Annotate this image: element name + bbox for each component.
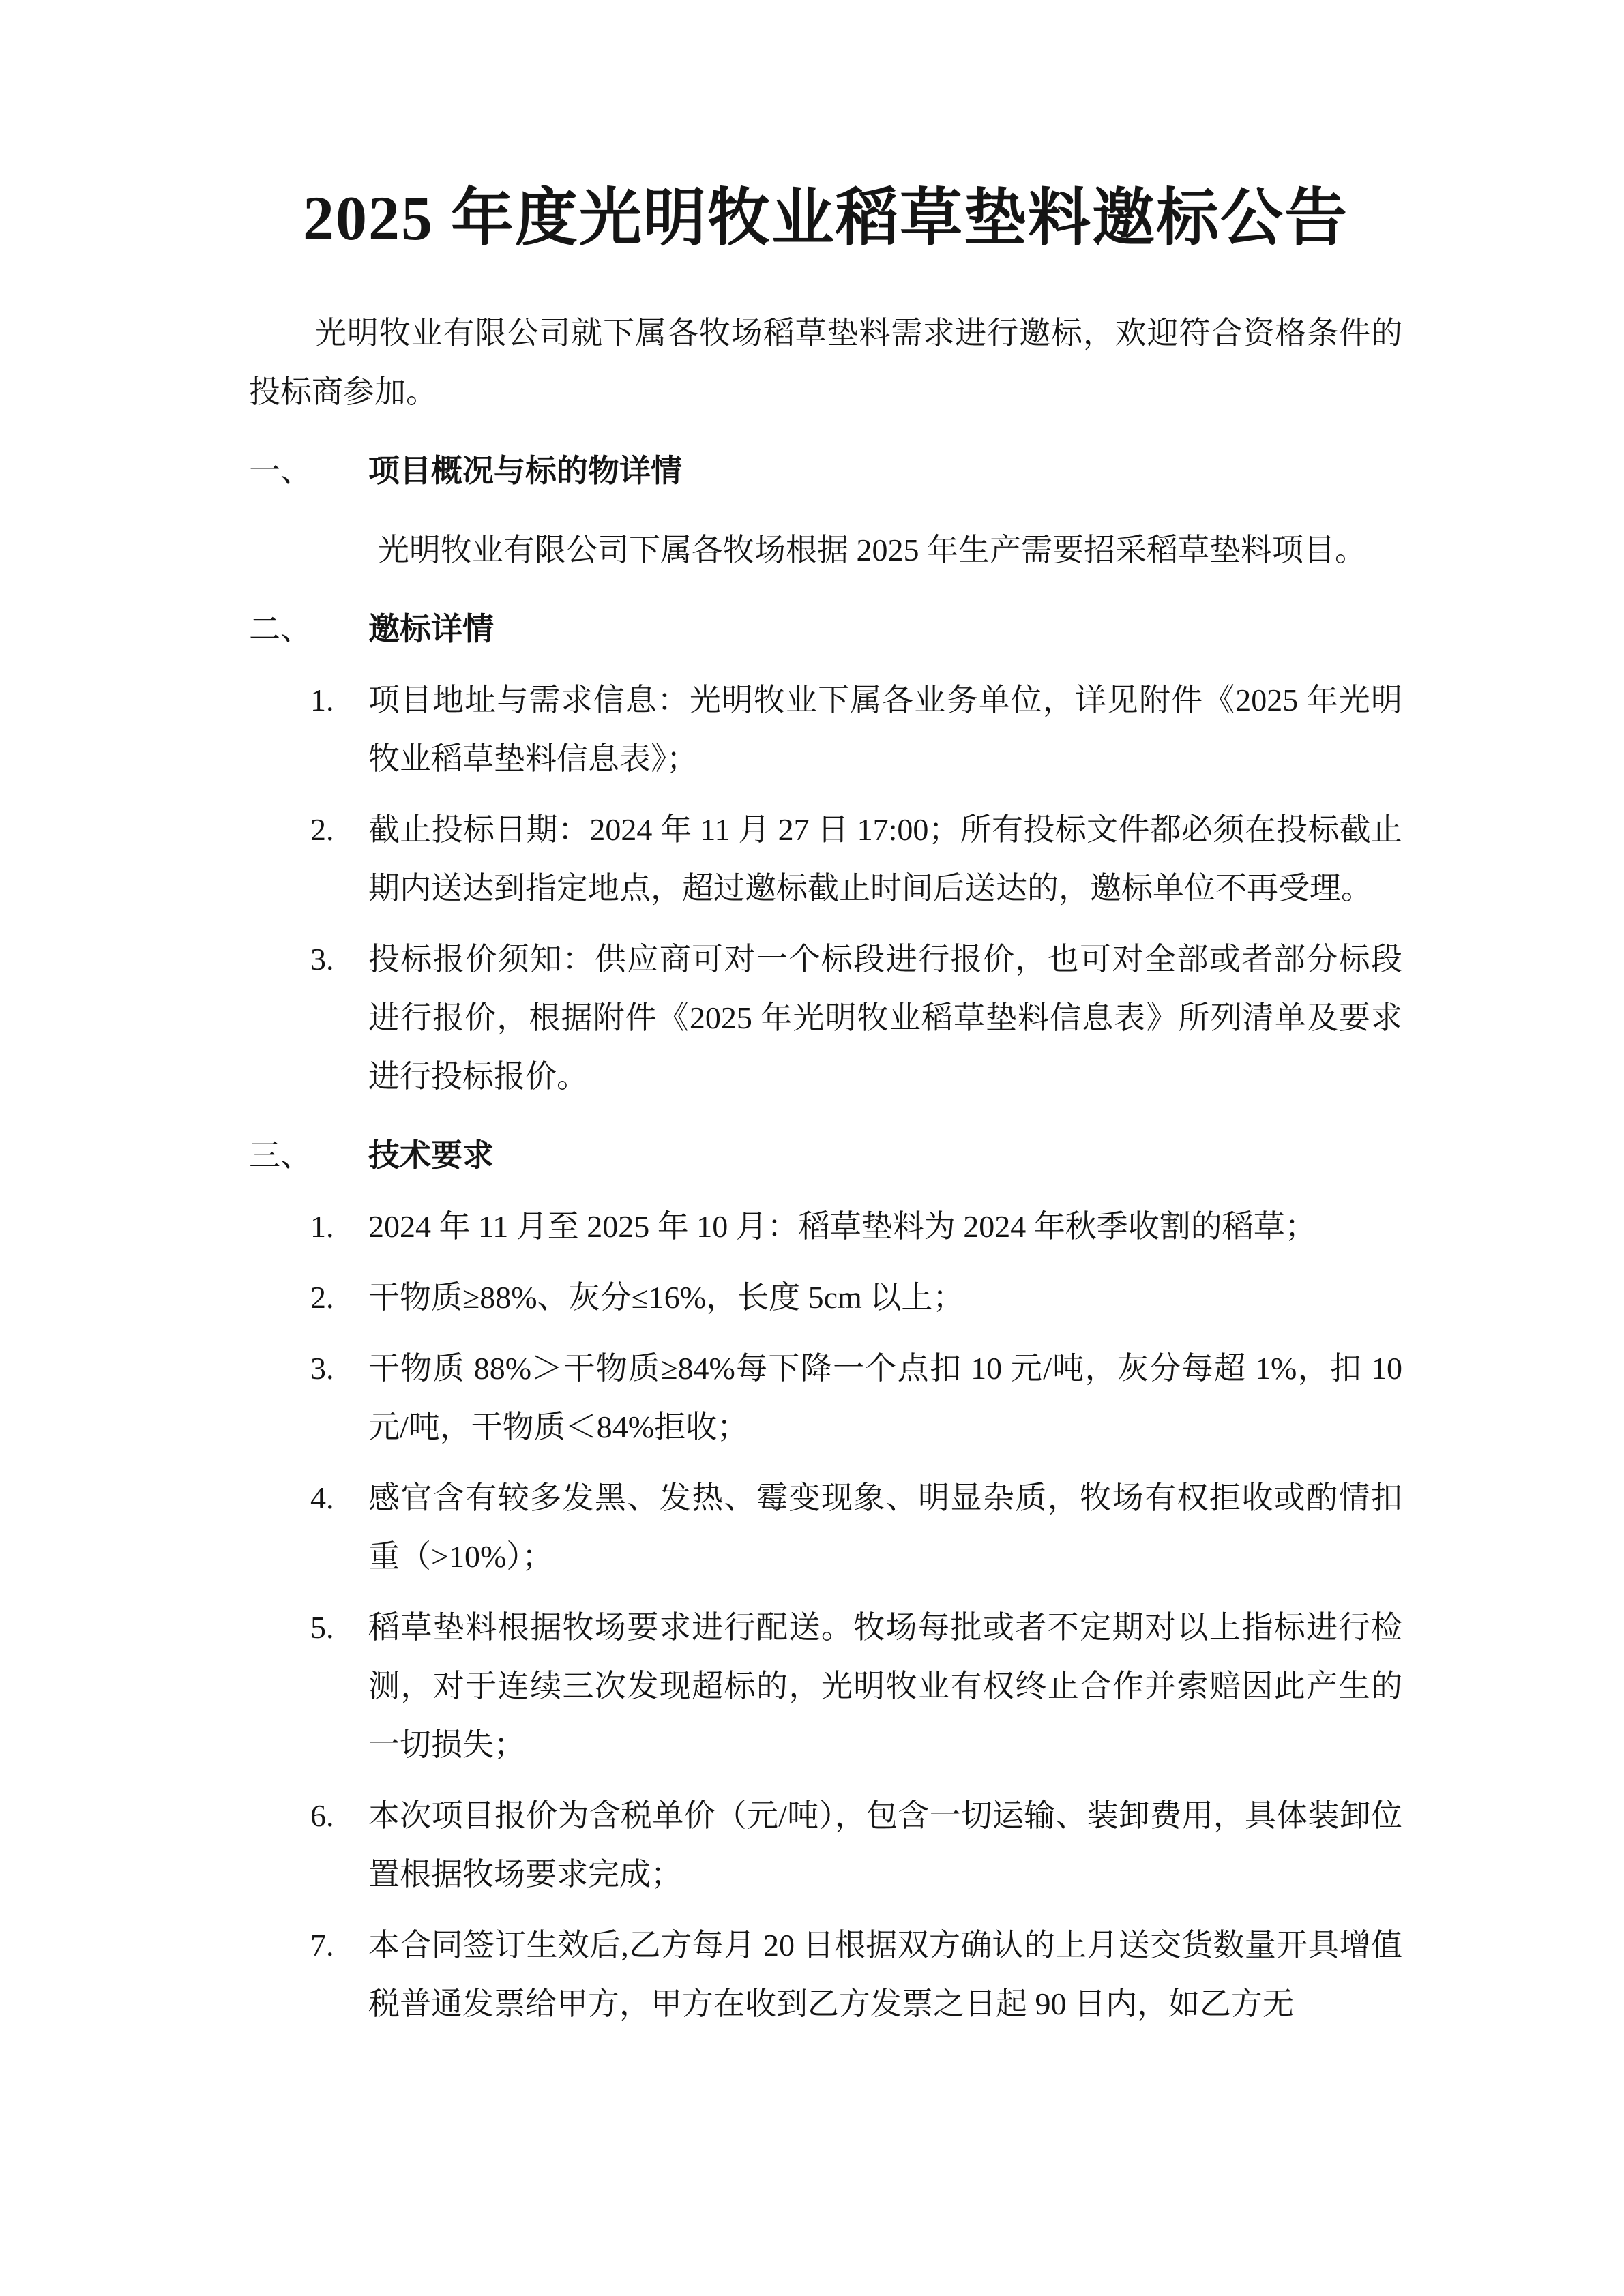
section-1-title: 项目概况与标的物详情 [368, 442, 682, 501]
item-number: 2. [310, 1268, 368, 1327]
section-3-title: 技术要求 [368, 1127, 494, 1185]
section-2-marker: 二、 [249, 600, 368, 659]
item-text: 项目地址与需求信息：光明牧业下属各业务单位，详见附件《2025 年光明牧业稻草垫… [368, 671, 1402, 788]
item-number: 5. [310, 1598, 368, 1774]
intro-paragraph: 光明牧业有限公司就下属各牧场稻草垫料需求进行邀标，欢迎符合资格条件的投标商参加。 [249, 304, 1402, 421]
item-text: 本合同签订生效后,乙方每月 20 日根据双方确认的上月送交货数量开具增值税普通发… [368, 1916, 1402, 2033]
item-number: 1. [310, 671, 368, 788]
section-2-item-1: 1. 项目地址与需求信息：光明牧业下属各业务单位，详见附件《2025 年光明牧业… [249, 671, 1402, 788]
item-number: 4. [310, 1469, 368, 1586]
section-2-item-2: 2. 截止投标日期：2024 年 11 月 27 日 17:00；所有投标文件都… [249, 801, 1402, 918]
section-3-heading: 三、 技术要求 [249, 1127, 1402, 1185]
item-number: 3. [310, 930, 368, 1106]
section-1-body: 光明牧业有限公司下属各牧场根据 2025 年生产需要招采稻草垫料项目。 [249, 521, 1402, 580]
section-3-item-2: 2. 干物质≥88%、灰分≤16%，长度 5cm 以上； [249, 1268, 1402, 1327]
section-3-item-6: 6. 本次项目报价为含税单价（元/吨），包含一切运输、装卸费用，具体装卸位置根据… [249, 1787, 1402, 1904]
section-3-item-1: 1. 2024 年 11 月至 2025 年 10 月：稻草垫料为 2024 年… [249, 1197, 1402, 1256]
section-2-title: 邀标详情 [368, 600, 494, 659]
item-number: 1. [310, 1197, 368, 1256]
section-3-marker: 三、 [249, 1127, 368, 1185]
item-text: 感官含有较多发黑、发热、霉变现象、明显杂质，牧场有权拒收或酌情扣重（>10%）； [368, 1469, 1402, 1586]
section-3-item-5: 5. 稻草垫料根据牧场要求进行配送。牧场每批或者不定期对以上指标进行检测，对于连… [249, 1598, 1402, 1774]
section-1-heading: 一、 项目概况与标的物详情 [249, 442, 1402, 501]
item-text: 截止投标日期：2024 年 11 月 27 日 17:00；所有投标文件都必须在… [368, 801, 1402, 918]
item-number: 2. [310, 801, 368, 918]
item-text: 投标报价须知：供应商可对一个标段进行报价，也可对全部或者部分标段进行报价，根据附… [368, 930, 1402, 1106]
section-1-marker: 一、 [249, 442, 368, 501]
item-text: 2024 年 11 月至 2025 年 10 月：稻草垫料为 2024 年秋季收… [368, 1197, 1402, 1256]
item-text: 本次项目报价为含税单价（元/吨），包含一切运输、装卸费用，具体装卸位置根据牧场要… [368, 1787, 1402, 1904]
item-number: 6. [310, 1787, 368, 1904]
item-text: 稻草垫料根据牧场要求进行配送。牧场每批或者不定期对以上指标进行检测，对于连续三次… [368, 1598, 1402, 1774]
section-3-item-7: 7. 本合同签订生效后,乙方每月 20 日根据双方确认的上月送交货数量开具增值税… [249, 1916, 1402, 2033]
item-text: 干物质 88%＞干物质≥84%每下降一个点扣 10 元/吨，灰分每超 1%，扣 … [368, 1339, 1402, 1457]
item-text: 干物质≥88%、灰分≤16%，长度 5cm 以上； [368, 1268, 1402, 1327]
section-2-heading: 二、 邀标详情 [249, 600, 1402, 659]
item-number: 7. [310, 1916, 368, 2033]
section-2-item-3: 3. 投标报价须知：供应商可对一个标段进行报价，也可对全部或者部分标段进行报价，… [249, 930, 1402, 1106]
document-title: 2025 年度光明牧业稻草垫料邀标公告 [249, 170, 1402, 266]
document-page: 2025 年度光明牧业稻草垫料邀标公告 光明牧业有限公司就下属各牧场稻草垫料需求… [0, 0, 1624, 2296]
section-3-item-4: 4. 感官含有较多发黑、发热、霉变现象、明显杂质，牧场有权拒收或酌情扣重（>10… [249, 1469, 1402, 1586]
section-3-item-3: 3. 干物质 88%＞干物质≥84%每下降一个点扣 10 元/吨，灰分每超 1%… [249, 1339, 1402, 1457]
item-number: 3. [310, 1339, 368, 1457]
